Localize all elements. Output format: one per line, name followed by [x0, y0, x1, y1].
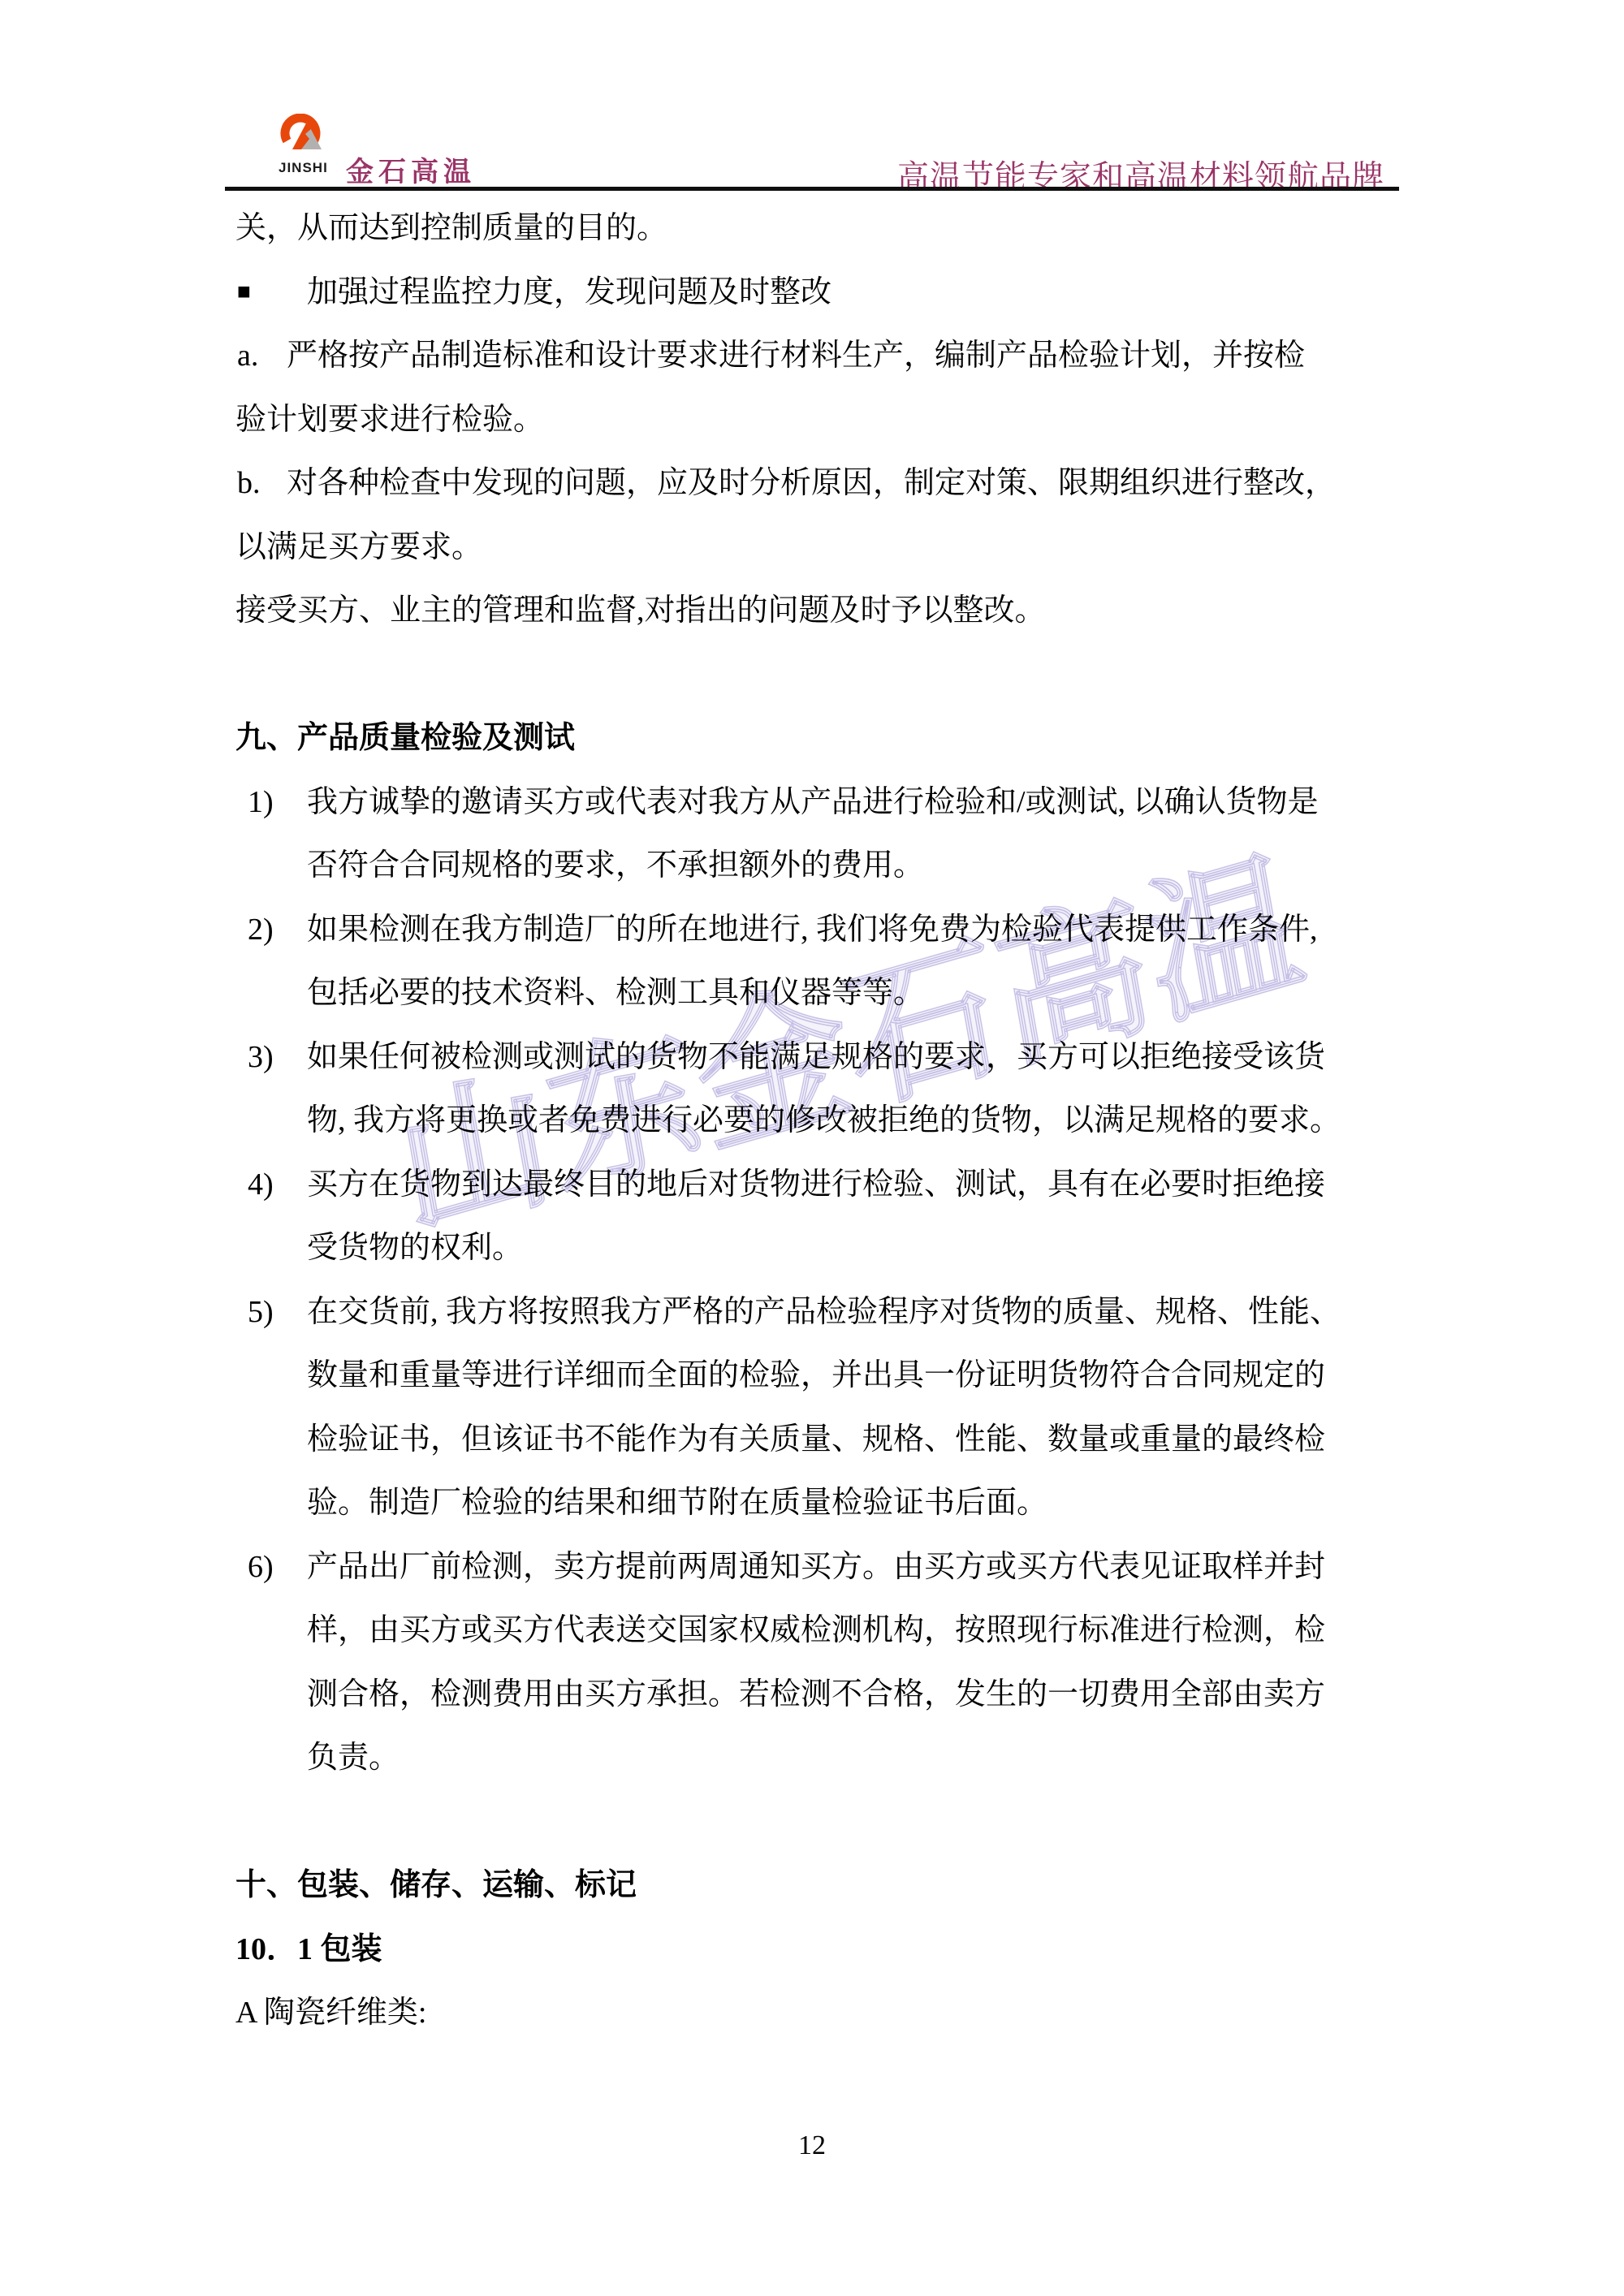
line-text: 买方在货物到达最终目的地后对货物进行检验、测试，具有在必要时拒绝接 [307, 1153, 1325, 1217]
line-text: 检验证书，但该证书不能作为有关质量、规格、性能、数量或重量的最终检 [307, 1408, 1325, 1472]
paragraph-line: 以满足买方要求。 [235, 516, 1405, 580]
numbered-item-3: 3)如果任何被检测或测试的货物不能满足规格的要求，买方可以拒绝接受该货 [235, 1025, 1405, 1090]
line-text: 加强过程监控力度，发现问题及时整改 [307, 261, 831, 325]
header-rule [225, 187, 1399, 191]
continuation-line: 样，由买方或买方代表送交国家权威检测机构，按照现行标准进行检测，检 [235, 1599, 1405, 1663]
continuation-line: 受货物的权利。 [235, 1216, 1405, 1280]
line-text: 接受买方、业主的管理和监督,对指出的问题及时予以整改。 [235, 579, 1046, 643]
numbered-item-2: 2)如果检测在我方制造厂的所在地进行, 我们将免费为检验代表提供工作条件, [235, 898, 1405, 962]
heading-text: 十、包装、储存、运输、标记 [235, 1854, 637, 1918]
line-text: 样，由买方或买方代表送交国家权威检测机构，按照现行标准进行检测，检 [307, 1599, 1325, 1663]
numbered-item-6: 6)产品出厂前检测，卖方提前两周通知买方。由买方或买方代表见证取样并封 [235, 1535, 1405, 1599]
line-text: 测合格，检测费用由买方承担。若检测不合格，发生的一切费用全部由卖方 [307, 1663, 1325, 1727]
lettered-item-a: a.严格按产品制造标准和设计要求进行材料生产，编制产品检验计划，并按检 [235, 324, 1405, 388]
continuation-line: 数量和重量等进行详细而全面的检验，并出具一份证明货物符合合同规定的 [235, 1344, 1405, 1408]
paragraph-line: A 陶瓷纤维类: [235, 1981, 1405, 2045]
line-text: 关，从而达到控制质量的目的。 [235, 196, 667, 261]
item-number: 4) [248, 1153, 274, 1217]
blank-line [235, 1790, 1405, 1854]
bullet-square-icon: ■ [237, 261, 251, 325]
item-marker: a. [237, 324, 258, 388]
item-number: 3) [248, 1025, 274, 1090]
blank-line [235, 643, 1405, 707]
numbered-item-5: 5)在交货前, 我方将按照我方严格的产品检验程序对货物的质量、规格、性能、 [235, 1280, 1405, 1344]
paragraph-line: 接受买方、业主的管理和监督,对指出的问题及时予以整改。 [235, 579, 1405, 643]
line-text: 以满足买方要求。 [235, 516, 482, 580]
item-number: 2) [248, 898, 274, 962]
section-heading-9: 九、产品质量检验及测试 [235, 706, 1405, 770]
line-text: A 陶瓷纤维类: [235, 1981, 426, 2045]
line-text: 受货物的权利。 [307, 1216, 523, 1280]
line-text: 数量和重量等进行详细而全面的检验，并出具一份证明货物符合合同规定的 [307, 1344, 1325, 1408]
item-number: 5) [248, 1280, 274, 1344]
continuation-line: 否符合合同规格的要求，不承担额外的费用。 [235, 834, 1405, 898]
line-text: 在交货前, 我方将按照我方严格的产品检验程序对货物的质量、规格、性能、 [307, 1280, 1341, 1344]
line-text: 对各种检查中发现的问题，应及时分析原因，制定对策、限期组织进行整改， [287, 451, 1336, 516]
document-body: 关，从而达到控制质量的目的。 ■加强过程监控力度，发现问题及时整改 a.严格按产… [235, 196, 1405, 2045]
numbered-item-1: 1)我方诚挚的邀请买方或代表对我方从产品进行检验和/或测试, 以确认货物是 [235, 770, 1405, 835]
section-heading-10: 十、包装、储存、运输、标记 [235, 1854, 1405, 1918]
continuation-line: 物, 我方将更换或者免费进行必要的修改被拒绝的货物，以满足规格的要求。 [235, 1089, 1405, 1153]
line-text: 如果检测在我方制造厂的所在地进行, 我们将免费为检验代表提供工作条件, [307, 898, 1318, 962]
item-marker: b. [237, 451, 261, 516]
line-text: 物, 我方将更换或者免费进行必要的修改被拒绝的货物，以满足规格的要求。 [307, 1089, 1341, 1153]
continuation-line: 测合格，检测费用由买方承担。若检测不合格，发生的一切费用全部由卖方 [235, 1663, 1405, 1727]
continuation-line: 负责。 [235, 1726, 1405, 1790]
line-text: 否符合合同规格的要求，不承担额外的费用。 [307, 834, 924, 898]
line-text: 包括必要的技术资料、检测工具和仪器等等。 [307, 961, 924, 1025]
heading-text: 10．1 包装 [235, 1918, 382, 1982]
brand-name: 金石高温 [346, 149, 476, 189]
page-number: 12 [0, 2130, 1624, 2161]
item-number: 6) [248, 1535, 274, 1599]
lettered-item-b: b.对各种检查中发现的问题，应及时分析原因，制定对策、限期组织进行整改， [235, 451, 1405, 516]
bullet-line: ■加强过程监控力度，发现问题及时整改 [235, 261, 1405, 325]
line-text: 产品出厂前检测，卖方提前两周通知买方。由买方或买方代表见证取样并封 [307, 1535, 1325, 1599]
line-text: 验。制造厂检验的结果和细节附在质量检验证书后面。 [307, 1471, 1047, 1535]
subsection-heading-10-1: 10．1 包装 [235, 1918, 1405, 1982]
paragraph-line: 关，从而达到控制质量的目的。 [235, 196, 1405, 261]
numbered-item-4: 4)买方在货物到达最终目的地后对货物进行检验、测试，具有在必要时拒绝接 [235, 1153, 1405, 1217]
document-page: { "header": { "logo_acronym": "JINSHI", … [0, 0, 1624, 2296]
logo-acronym: JINSHI [279, 160, 328, 176]
heading-text: 九、产品质量检验及测试 [235, 706, 575, 770]
continuation-line: 验。制造厂检验的结果和细节附在质量检验证书后面。 [235, 1471, 1405, 1535]
line-text: 验计划要求进行检验。 [235, 388, 544, 452]
line-text: 我方诚挚的邀请买方或代表对我方从产品进行检验和/或测试, 以确认货物是 [307, 770, 1319, 835]
item-number: 1) [248, 770, 274, 835]
line-text: 如果任何被检测或测试的货物不能满足规格的要求，买方可以拒绝接受该货 [307, 1025, 1325, 1090]
mountain-logo-icon [279, 114, 328, 161]
line-text: 负责。 [307, 1726, 400, 1790]
continuation-line: 包括必要的技术资料、检测工具和仪器等等。 [235, 961, 1405, 1025]
paragraph-line: 验计划要求进行检验。 [235, 388, 1405, 452]
continuation-line: 检验证书，但该证书不能作为有关质量、规格、性能、数量或重量的最终检 [235, 1408, 1405, 1472]
line-text: 严格按产品制造标准和设计要求进行材料生产，编制产品检验计划，并按检 [287, 324, 1305, 388]
